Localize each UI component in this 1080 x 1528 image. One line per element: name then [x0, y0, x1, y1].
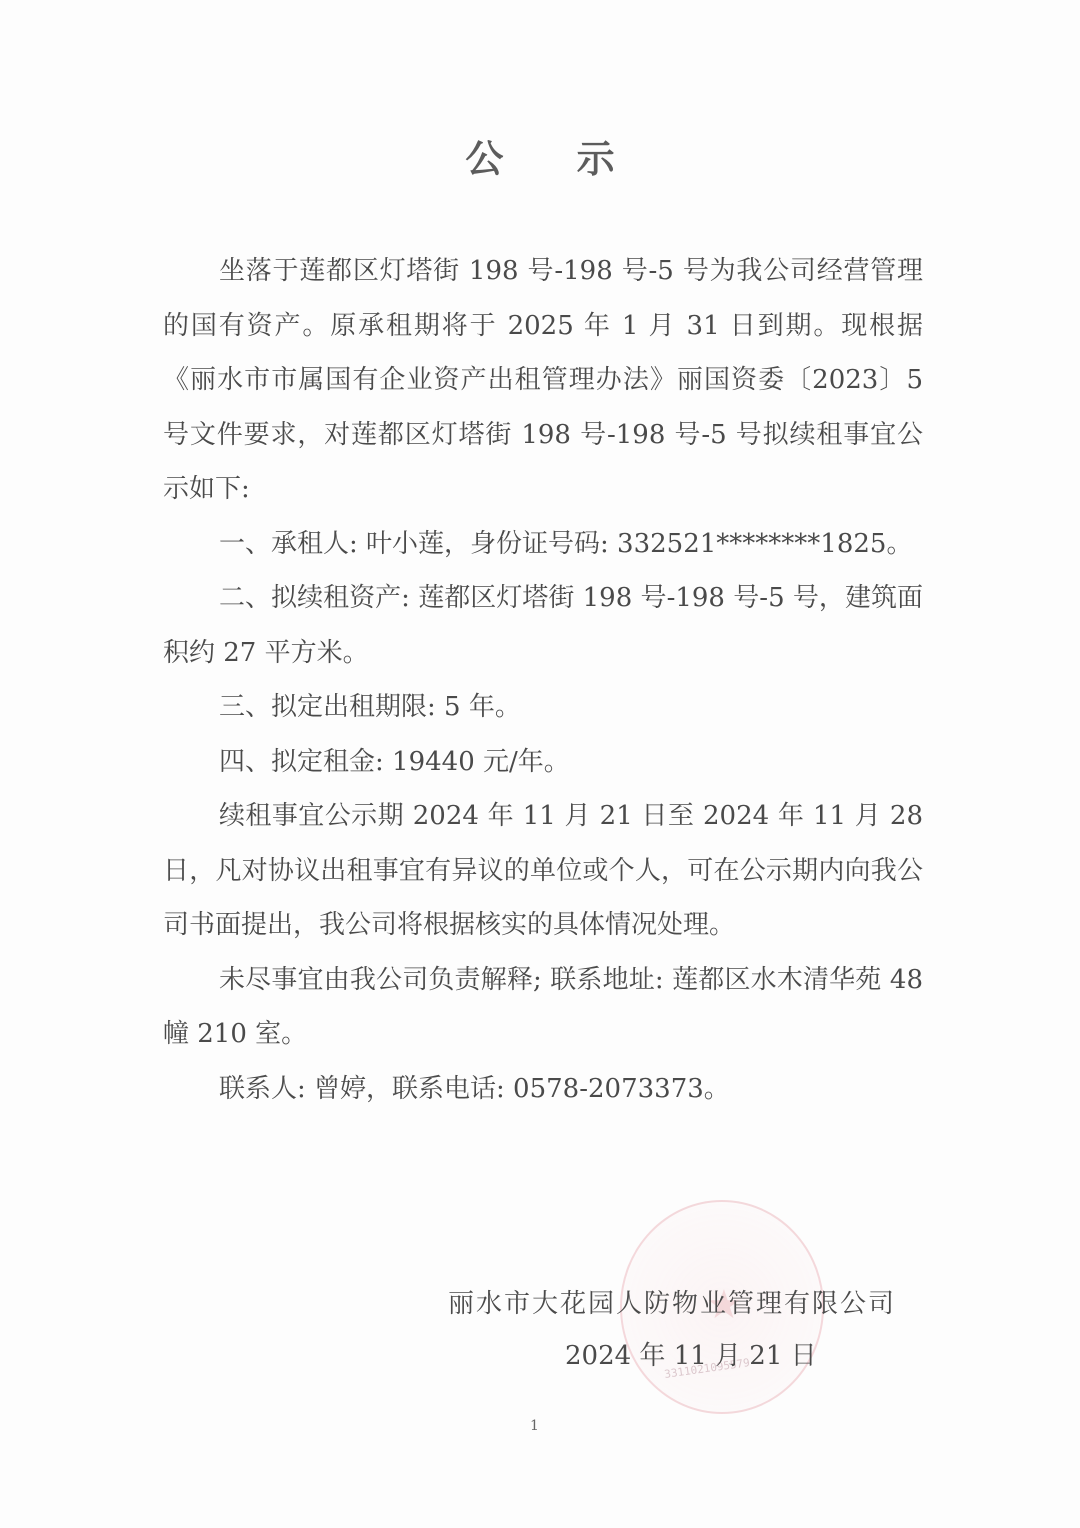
paragraph-asset: 二、拟续租资产: 莲都区灯塔街 198 号-198 号-5 号，建筑面积约 27… [163, 571, 923, 680]
paragraph-rent: 四、拟定租金: 19440 元/年。 [163, 735, 923, 790]
paragraph-term: 三、拟定出租期限: 5 年。 [163, 680, 923, 735]
document-page: 公 示 坐落于莲都区灯塔街 198 号-198 号-5 号为我公司经营管理的国有… [0, 0, 1080, 1528]
paragraph-contact: 联系人: 曾婷，联系电话: 0578-2073373。 [163, 1062, 923, 1117]
document-title: 公 示 [0, 128, 1080, 183]
paragraph-address: 未尽事宜由我公司负责解释; 联系地址: 莲都区水木清华苑 48 幢 210 室。 [163, 953, 923, 1062]
document-body: 坐落于莲都区灯塔街 198 号-198 号-5 号为我公司经营管理的国有资产。原… [163, 244, 923, 1116]
paragraph-notice-period: 续租事宜公示期 2024 年 11 月 21 日至 2024 年 11 月 28… [163, 789, 923, 953]
signature-date: 2024 年 11 月 21 日 [565, 1335, 817, 1372]
paragraph-lessee: 一、承租人: 叶小莲，身份证号码: 332521********1825。 [163, 517, 923, 572]
signature-company: 丽水市大花园人防物业管理有限公司 [448, 1283, 896, 1320]
page-number: 1 [530, 1418, 539, 1434]
paragraph-intro: 坐落于莲都区灯塔街 198 号-198 号-5 号为我公司经营管理的国有资产。原… [163, 244, 923, 517]
